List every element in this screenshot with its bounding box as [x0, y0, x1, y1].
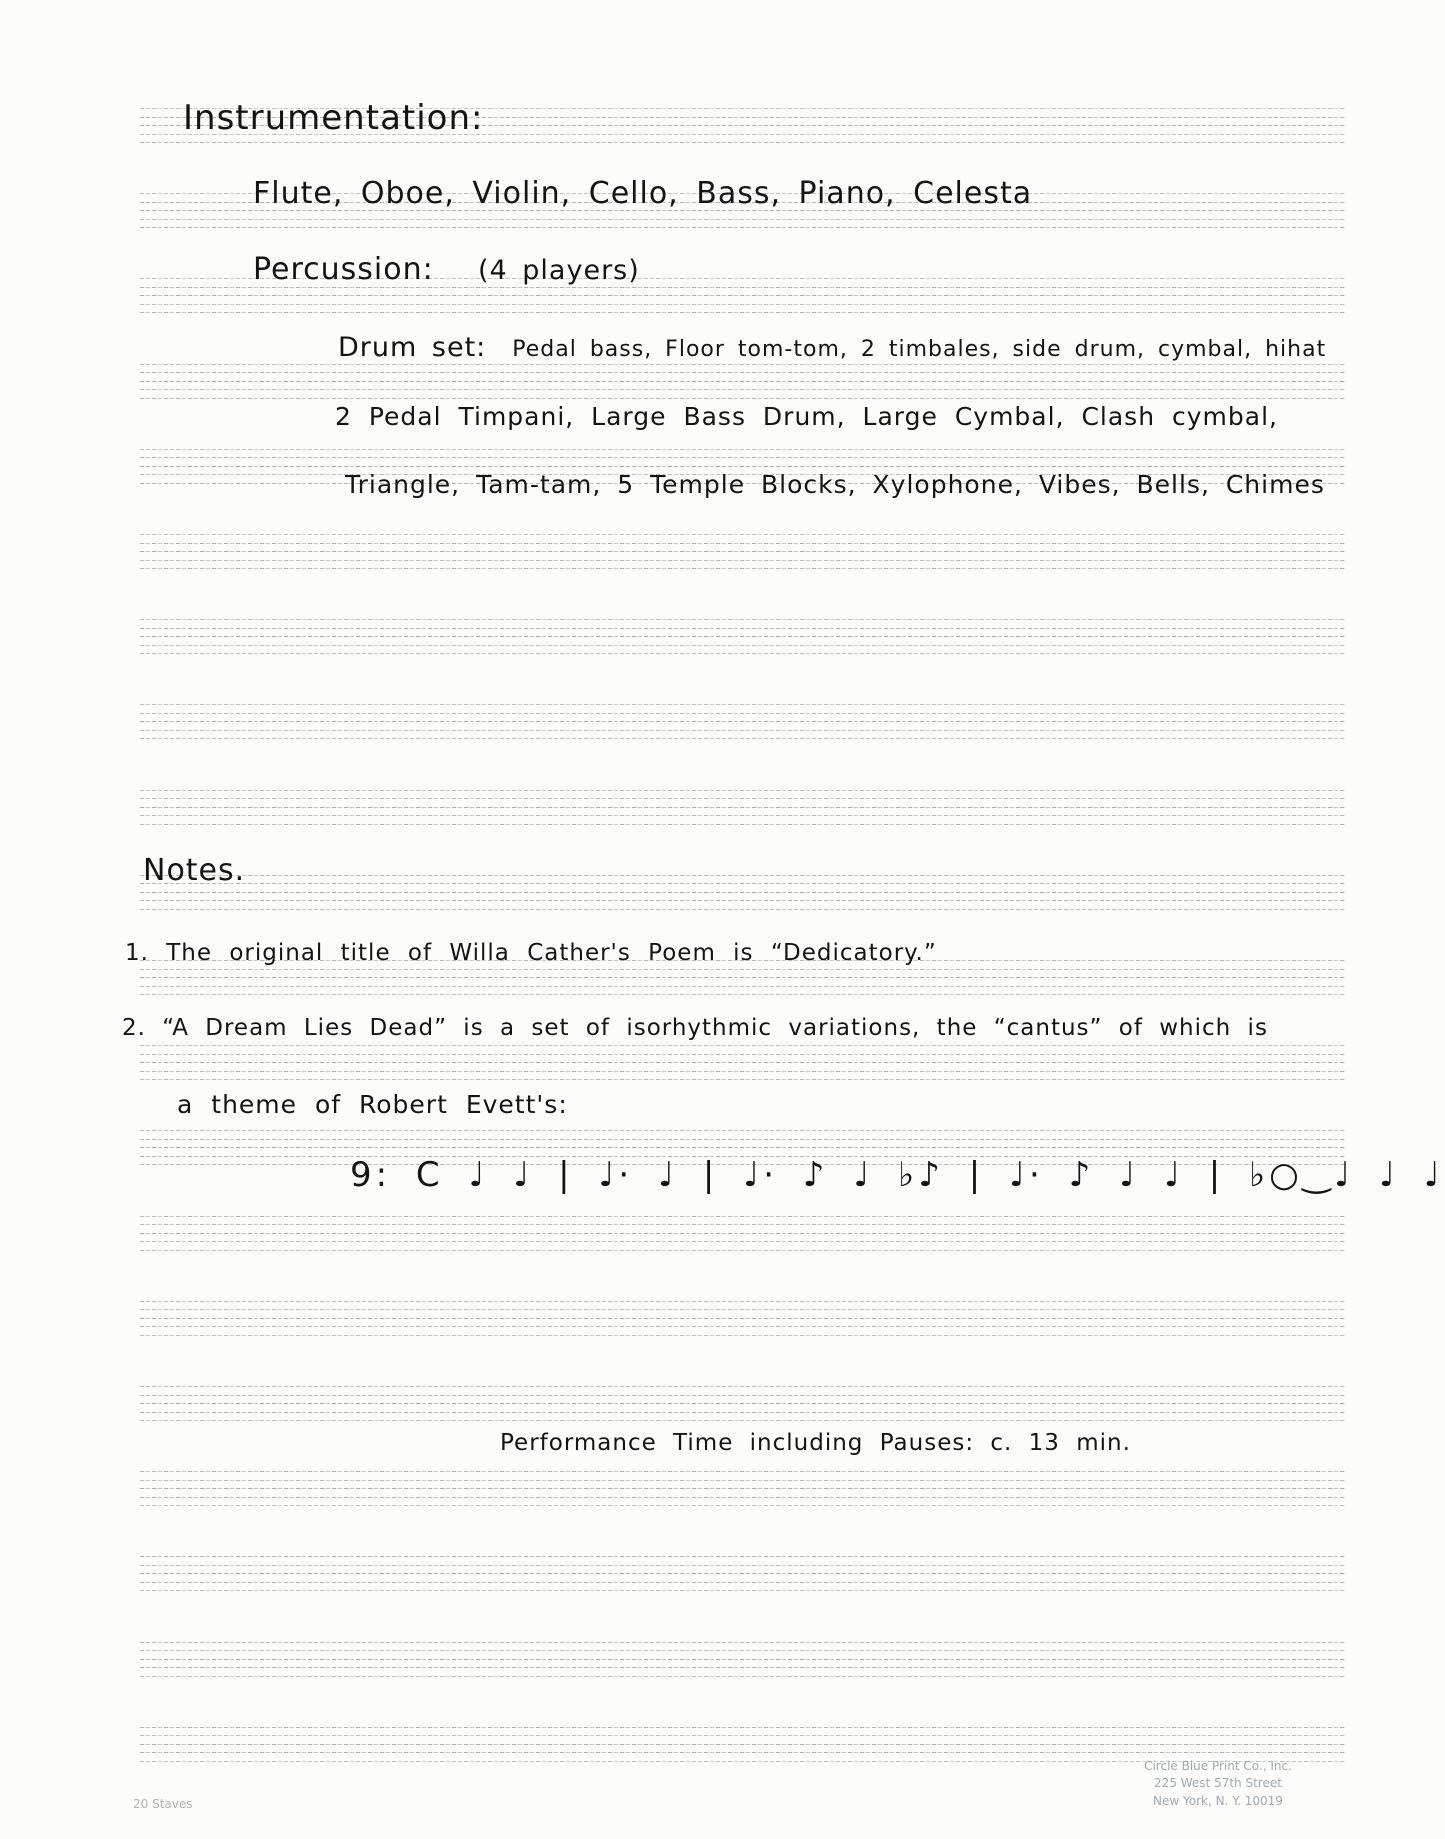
staff-line — [140, 1224, 1345, 1225]
staff-line — [140, 398, 1345, 399]
staff-line — [140, 730, 1345, 731]
staff-line — [140, 551, 1345, 552]
staff-line — [140, 1241, 1345, 1242]
staff-line — [140, 1318, 1345, 1319]
staff-line — [140, 457, 1345, 458]
staff-line — [140, 364, 1345, 365]
staff-line — [140, 875, 1345, 876]
staff-line — [140, 1471, 1345, 1472]
staff-line — [140, 1505, 1345, 1506]
note-2-line-2: a theme of Robert Evett's: — [177, 1090, 568, 1119]
staff-line — [140, 1147, 1345, 1148]
staff-line — [140, 653, 1345, 654]
staff-line — [140, 790, 1345, 791]
percussion-players: (4 players) — [478, 255, 640, 286]
staff-line — [140, 1752, 1345, 1753]
staff-line — [140, 219, 1345, 220]
staff-line — [140, 1676, 1345, 1677]
staff-line — [140, 1301, 1345, 1302]
staff-line — [140, 909, 1345, 910]
note-2-line-1: 2. “A Dream Lies Dead” is a set of isorh… — [122, 1015, 1268, 1041]
staff-line — [140, 1216, 1345, 1217]
staff-line — [140, 713, 1345, 714]
staff-line — [140, 619, 1345, 620]
staff-line — [140, 798, 1345, 799]
music-example-notation: 9: C ♩ ♩ | ♩· ♩ | ♩· ♪ ♩ ♭♪ | ♩· ♪ ♩ ♩ |… — [350, 1155, 1445, 1195]
staff-line — [140, 1420, 1345, 1421]
percussion-line-2: 2 Pedal Timpani, Large Bass Drum, Large … — [335, 402, 1278, 431]
staff-line — [140, 1582, 1345, 1583]
staff-line — [140, 560, 1345, 561]
staff-line — [140, 1735, 1345, 1736]
staff-paper — [0, 0, 1445, 1839]
staff-line — [140, 1488, 1345, 1489]
staff-line — [140, 1062, 1345, 1063]
printer-street: 225 West 57th Street — [1103, 1775, 1333, 1792]
instruments-line: Flute, Oboe, Violin, Cello, Bass, Piano,… — [253, 176, 1032, 211]
staff-line — [140, 807, 1345, 808]
staff-line — [140, 1233, 1345, 1234]
staff-line — [140, 1386, 1345, 1387]
staff-line — [140, 824, 1345, 825]
staff-line — [140, 645, 1345, 646]
staff-line — [140, 892, 1345, 893]
staff-line — [140, 142, 1345, 143]
drum-set-label: Drum set: — [338, 332, 486, 363]
staff-line — [140, 1079, 1345, 1080]
note-1: 1. The original title of Willa Cather's … — [125, 940, 937, 966]
staff-line — [140, 986, 1345, 987]
staff-line — [140, 372, 1345, 373]
staff-line — [140, 1556, 1345, 1557]
drum-set-items: Pedal bass, Floor tom-tom, 2 timbales, s… — [512, 337, 1326, 362]
staff-line — [140, 534, 1345, 535]
staff-line — [140, 704, 1345, 705]
staff-line — [140, 312, 1345, 313]
staves-count-label: 20 Staves — [133, 1797, 193, 1811]
printer-city: New York, N. Y. 10019 — [1103, 1793, 1333, 1810]
staff-line — [140, 449, 1345, 450]
staff-line — [140, 1573, 1345, 1574]
percussion-line-3: Triangle, Tam-tam, 5 Temple Blocks, Xylo… — [345, 470, 1325, 499]
notes-heading: Notes. — [143, 853, 245, 888]
staff-line — [140, 1071, 1345, 1072]
staff-line — [140, 628, 1345, 629]
staff-line — [140, 543, 1345, 544]
staff-line — [140, 721, 1345, 722]
staff-line — [140, 977, 1345, 978]
staff-line — [140, 1309, 1345, 1310]
staff-line — [140, 900, 1345, 901]
staff-line — [140, 1054, 1345, 1055]
staff-line — [140, 568, 1345, 569]
staff-line — [140, 304, 1345, 305]
staff-line — [140, 815, 1345, 816]
staff-line — [140, 1590, 1345, 1591]
staff-line — [140, 1335, 1345, 1336]
staff-line — [140, 287, 1345, 288]
staff-line — [140, 1412, 1345, 1413]
staff-line — [140, 227, 1345, 228]
staff-line — [140, 381, 1345, 382]
staff-line — [140, 1565, 1345, 1566]
staff-line — [140, 1045, 1345, 1046]
instrumentation-heading: Instrumentation: — [183, 98, 483, 138]
staff-line — [140, 1130, 1345, 1131]
staff-line — [140, 1250, 1345, 1251]
staff-line — [140, 969, 1345, 970]
staff-line — [140, 466, 1345, 467]
staff-line — [140, 295, 1345, 296]
staff-line — [140, 994, 1345, 995]
staff-line — [140, 1667, 1345, 1668]
staff-line — [140, 1497, 1345, 1498]
staff-line — [140, 1642, 1345, 1643]
staff-line — [140, 1650, 1345, 1651]
staff-line — [140, 1659, 1345, 1660]
staff-line — [140, 1403, 1345, 1404]
staff-line — [140, 1727, 1345, 1728]
staff-line — [140, 738, 1345, 739]
staff-line — [140, 1480, 1345, 1481]
drum-set-line: Drum set: Pedal bass, Floor tom-tom, 2 t… — [338, 332, 1326, 363]
staff-line — [140, 1326, 1345, 1327]
staff-line — [140, 1744, 1345, 1745]
staff-line — [140, 636, 1345, 637]
staff-line — [140, 883, 1345, 884]
printer-imprint: Circle Blue Print Co., Inc. 225 West 57t… — [1103, 1758, 1333, 1810]
staff-line — [140, 389, 1345, 390]
staff-line — [140, 1395, 1345, 1396]
printer-name: Circle Blue Print Co., Inc. — [1103, 1758, 1333, 1775]
staff-line — [140, 1139, 1345, 1140]
performance-time-line: Performance Time including Pauses: c. 13… — [500, 1430, 1131, 1456]
percussion-label: Percussion: — [253, 252, 434, 287]
